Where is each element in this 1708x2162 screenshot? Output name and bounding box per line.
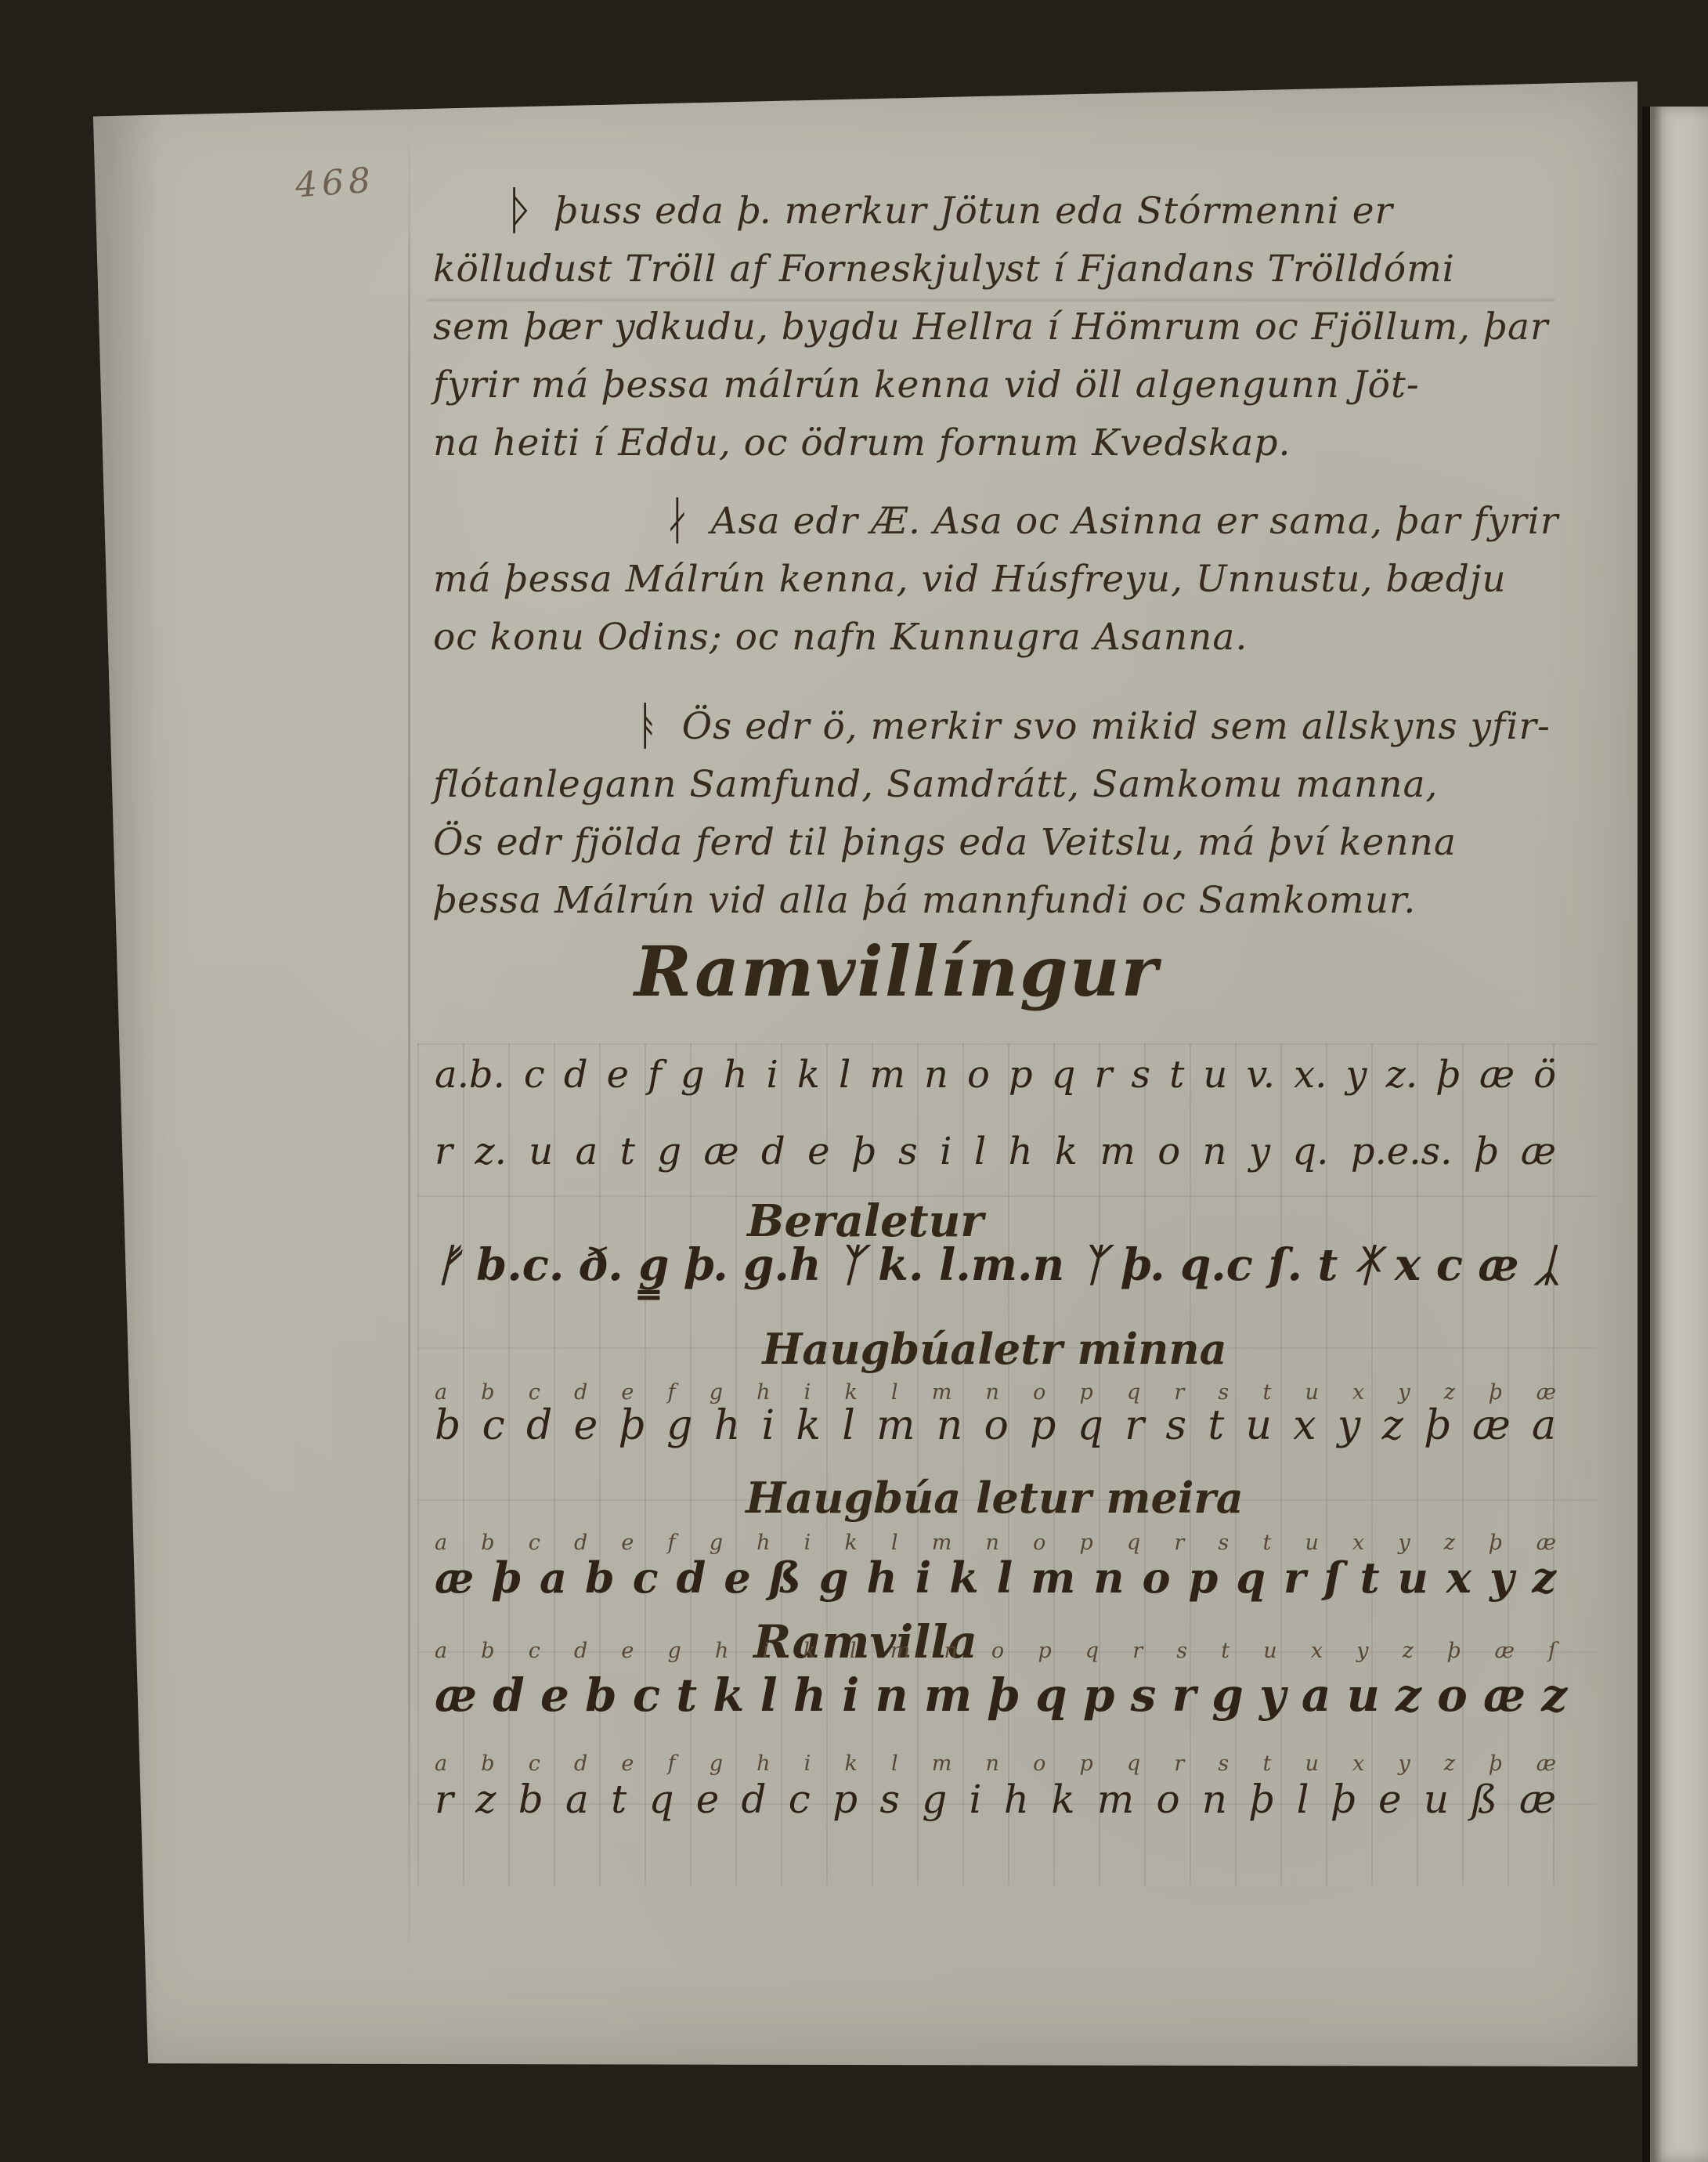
page-crease xyxy=(408,117,410,1982)
paragraph-line: má þessa Málrún kenna, vid Húsfreyu, Unn… xyxy=(433,551,1608,609)
paragraph-thurs: ᚦþuss eda þ. merkur Jötun eda Stórmenni … xyxy=(433,182,1608,472)
paragraph-line: Ös edr fjölda ferd til þings eda Veitslu… xyxy=(433,814,1608,872)
letter-row-ramvilla-cipher-2: r z b a t q e d c p s g i h k m o n þ l … xyxy=(435,1777,1556,1822)
paragraph-line-text: Ös edr ö, merkir svo mikid sem allskyns … xyxy=(682,705,1551,748)
letter-row-ramvillingur-cipher: r z. u a t g æ d e þ s i l h k m o n y q… xyxy=(435,1130,1556,1173)
paragraph-line: þessa Málrún vid alla þá mannfundi oc Sa… xyxy=(433,872,1608,930)
letter-row-beraletur-cipher: ᚠ b.c. ð. g̳ þ. g.h ᛉ k. l.m.n ᛉ þ. q.c … xyxy=(435,1239,1556,1291)
paragraph-line: ᚦþuss eda þ. merkur Jötun eda Stórmenni … xyxy=(433,182,1608,240)
letter-row-ramvilla-cipher-1: æ d e b c t k l h i n m þ q p s r g y a … xyxy=(435,1668,1556,1722)
letter-row-haugbualetr-minna-cipher: b c d e þ g h i k l m n o p q r s t u x … xyxy=(435,1402,1556,1449)
key-row-ramvilla-2: a b c d e f g h i k l m n o p q r s t u … xyxy=(435,1752,1556,1776)
thurs-rune-glyph: ᚦ xyxy=(505,180,537,240)
manuscript-scan: { "colors": { "background": "#242019", "… xyxy=(0,0,1708,2162)
paragraph-line-text: þuss eda þ. merkur Jötun eda Stórmenni e… xyxy=(554,190,1393,233)
letter-row-haugbua-letur-meira-cipher: æ þ a b c d e ß g h i k l m n o p q r ſ … xyxy=(435,1553,1556,1603)
letter-row-ramvillingur-plain: a.b. c d e f g h i k l m n o p q r s t u… xyxy=(435,1053,1556,1097)
key-row-ramvilla-1: a b c d e g h i k l m n o p q r s t u x … xyxy=(435,1639,1556,1663)
ar-rune-glyph: ᛅ xyxy=(662,490,694,551)
paragraph-line: oc konu Odins; oc nafn Kunnugra Asanna. xyxy=(433,609,1608,667)
page-number: 468 xyxy=(294,161,376,206)
manuscript-page: 468 ᚦþuss eda þ. merkur Jötun eda Stórme… xyxy=(90,70,1638,2066)
paragraph-line: kölludust Tröll af Forneskjulyst í Fjand… xyxy=(433,240,1608,298)
paragraph-line: ᚭÖs edr ö, merkir svo mikid sem allskyns… xyxy=(433,697,1608,756)
paragraph-line: na heiti í Eddu, oc ödrum fornum Kvedska… xyxy=(433,414,1608,472)
adjacent-page-edge xyxy=(1642,107,1708,2162)
section-heading-haugbua-letur-meira: Haugbúa letur meira xyxy=(435,1473,1555,1523)
key-row-haugbualetr-minna: a b c d e f g h i k l m n o p q r s t u … xyxy=(435,1380,1556,1405)
paragraph-line: sem þær ydkudu, bygdu Hellra í Hömrum oc… xyxy=(433,298,1608,356)
paragraph-asa: ᛅAsa edr Æ. Asa oc Asinna er sama, þar f… xyxy=(433,492,1608,667)
paragraph-os: ᚭÖs edr ö, merkir svo mikid sem allskyns… xyxy=(433,697,1608,930)
paragraph-line-text: Asa edr Æ. Asa oc Asinna er sama, þar fy… xyxy=(711,500,1559,543)
paragraph-line: flótanlegann Samfund, Samdrátt, Samkomu … xyxy=(433,756,1608,814)
paragraph-line: fyrir má þessa málrún kenna vid öll alge… xyxy=(433,356,1608,414)
section-heading-haugbualetr-minna: Haugbúaletr minna xyxy=(435,1324,1555,1374)
os-rune-glyph: ᚭ xyxy=(633,696,665,756)
section-heading-ramvillingur: Ramvillíngur xyxy=(435,931,1359,1012)
key-row-haugbua-letur-meira: a b c d e f g h i k l m n o p q r s t u … xyxy=(435,1531,1556,1555)
paragraph-line: ᛅAsa edr Æ. Asa oc Asinna er sama, þar f… xyxy=(433,492,1608,551)
